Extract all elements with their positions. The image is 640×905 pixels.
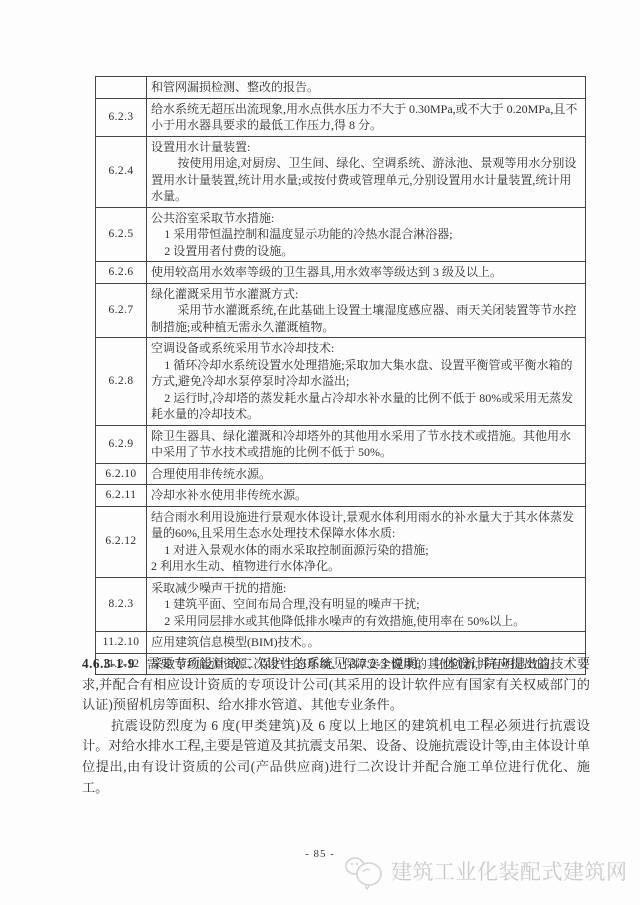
clause-cell: 除卫生器具、绿化灌溉和冷却塔外的其他用水采用了节水技术或措施。其他用水中采用了节…	[147, 425, 586, 463]
clause-text: 2 利用水生动、植物进行水体净化。	[151, 558, 581, 575]
note-paragraph: 4.6.3-1-9需要专项设计或二次设计的系统见 3.7.2-3 说明。主体设计…	[82, 654, 590, 716]
clause-text: 公共浴室采取节水措施:	[151, 210, 581, 227]
clause-text: 绿化灌溉采用节水灌溉方式:	[151, 286, 581, 303]
clause-number: 6.2.4	[96, 136, 147, 207]
note-text: 需要专项设计或二次设计的系统见 3.7.2-3 说明。主体设计院应提出的技术要求…	[82, 656, 590, 712]
clause-text: 除卫生器具、绿化灌溉和冷却塔外的其他用水采用了节水技术或措施。其他用水中采用了节…	[151, 428, 581, 461]
table-row: 6.2.10 合理使用非传统水源。	[96, 463, 586, 485]
clause-text: 1 采用带恒温控制和温度显示功能的冷热水混合淋浴器;	[151, 226, 581, 243]
clause-text: 采取减少噪声干扰的措施:	[151, 580, 581, 597]
clause-text: 空调设备或系统采用节水冷却技术:	[151, 340, 581, 357]
clause-cell: 合理使用非传统水源。	[147, 463, 586, 485]
table-row: 6.2.11 冷却水补水使用非传统水源。	[96, 485, 586, 507]
clause-number: 6.2.12	[96, 506, 147, 577]
clause-cell: 使用较高用水效率等级的卫生器具,用水效率等级达到 3 级及以上。	[147, 262, 586, 284]
clause-number: 6.2.11	[96, 485, 147, 507]
clause-number: 11.2.10	[96, 632, 147, 654]
table-row: 6.2.12 结合雨水利用设施进行景观水体设计,景观水体利用雨水的补水量大于其水…	[96, 506, 586, 577]
clause-text: 1 循环冷却水系统设置水处理措施;采取加大集水盘、设置平衡管或平衡水箱的方式,避…	[151, 357, 581, 390]
clause-cell: 空调设备或系统采用节水冷却技术: 1 循环冷却水系统设置水处理措施;采取加大集水…	[147, 338, 586, 426]
table-row: 6.2.5 公共浴室采取节水措施: 1 采用带恒温控制和温度显示功能的冷热水混合…	[96, 207, 586, 262]
clause-text: 设置用水计量装置:	[151, 139, 581, 156]
clause-text: 使用较高用水效率等级的卫生器具,用水效率等级达到 3 级及以上。	[151, 264, 581, 281]
clause-number: 6.2.3	[96, 98, 147, 136]
clause-cell: 绿化灌溉采用节水灌溉方式: 采用节水灌溉系统,在此基础上设置土壤湿度感应器、雨天…	[147, 283, 586, 338]
document-page: 和管网漏损检测、整改的报告。 6.2.3 给水系统无超压出流现象,用水点供水压力…	[0, 0, 640, 905]
clause-text: 2 运行时,冷却塔的蒸发耗水量占冷却水补水量的比例不低于 80%或采用无蒸发耗水…	[151, 390, 581, 423]
clause-text: 1 建筑平面、空间布局合理,没有明显的噪声干扰;	[151, 596, 581, 613]
clause-text: 按使用用途,对厨房、卫生间、绿化、空调系统、游泳池、景观等用水分别设置用水计量装…	[151, 155, 581, 205]
watermark: 建筑工业化装配式建筑网	[343, 852, 628, 890]
clause-number: 8.2.3	[96, 577, 147, 632]
clause-cell: 给水系统无超压出流现象,用水点供水压力不大于 0.30MPa,或不大于 0.20…	[147, 98, 586, 136]
table-row: 6.2.6 使用较高用水效率等级的卫生器具,用水效率等级达到 3 级及以上。	[96, 262, 586, 284]
clause-number: 6.2.8	[96, 338, 147, 426]
clause-number: 6.2.9	[96, 425, 147, 463]
watermark-logo-icon	[343, 852, 387, 890]
clause-number: 6.2.10	[96, 463, 147, 485]
note-paragraph: 抗震设防烈度为 6 度(甲类建筑)及 6 度以上地区的建筑机电工程必须进行抗震设…	[82, 716, 590, 798]
clause-text: 和管网漏损检测、整改的报告。	[151, 79, 581, 96]
table-row: 6.2.3 给水系统无超压出流现象,用水点供水压力不大于 0.30MPa,或不大…	[96, 98, 586, 136]
clause-cell: 结合雨水利用设施进行景观水体设计,景观水体利用雨水的补水量大于其水体蒸发量的60…	[147, 506, 586, 577]
clause-text: 冷却水补水使用非传统水源。	[151, 487, 581, 504]
clause-cell: 冷却水补水使用非传统水源。	[147, 485, 586, 507]
clause-text: 应用建筑信息模型(BIM)技术。。	[151, 634, 581, 651]
note-label: 4.6.3-1-9	[82, 656, 147, 671]
clause-number: 6.2.7	[96, 283, 147, 338]
watermark-text: 建筑工业化装配式建筑网	[391, 856, 628, 886]
clause-cell: 设置用水计量装置: 按使用用途,对厨房、卫生间、绿化、空调系统、游泳池、景观等用…	[147, 136, 586, 207]
table-row: 和管网漏损检测、整改的报告。	[96, 77, 586, 99]
clause-cell: 和管网漏损检测、整改的报告。	[147, 77, 586, 99]
clause-text: 2 设置用者付费的设施。	[151, 243, 581, 260]
clause-cell: 应用建筑信息模型(BIM)技术。。	[147, 632, 586, 654]
table-row: 11.2.10 应用建筑信息模型(BIM)技术。。	[96, 632, 586, 654]
table-row: 8.2.3 采取减少噪声干扰的措施: 1 建筑平面、空间布局合理,没有明显的噪声…	[96, 577, 586, 632]
clause-cell: 采取减少噪声干扰的措施: 1 建筑平面、空间布局合理,没有明显的噪声干扰; 2 …	[147, 577, 586, 632]
table-row: 6.2.9 除卫生器具、绿化灌溉和冷却塔外的其他用水采用了节水技术或措施。其他用…	[96, 425, 586, 463]
clause-text: 采用节水灌溉系统,在此基础上设置土壤湿度感应器、雨天关闭装置等节水控制措施;或种…	[151, 302, 581, 335]
table-row: 6.2.4 设置用水计量装置: 按使用用途,对厨房、卫生间、绿化、空调系统、游泳…	[96, 136, 586, 207]
clause-number: 6.2.6	[96, 262, 147, 284]
clause-text: 合理使用非传统水源。	[151, 466, 581, 483]
clause-text: 2 采用同层排水或其他降低排水噪声的有效措施,使用率在 50%以上。	[151, 613, 581, 630]
clause-number: 6.2.5	[96, 207, 147, 262]
clause-cell: 公共浴室采取节水措施: 1 采用带恒温控制和温度显示功能的冷热水混合淋浴器; 2…	[147, 207, 586, 262]
clause-table: 和管网漏损检测、整改的报告。 6.2.3 给水系统无超压出流现象,用水点供水压力…	[95, 76, 586, 675]
clause-number	[96, 77, 147, 99]
table-row: 6.2.7 绿化灌溉采用节水灌溉方式: 采用节水灌溉系统,在此基础上设置土壤湿度…	[96, 283, 586, 338]
clause-text: 1 对进入景观水体的雨水采取控制面源污染的措施;	[151, 542, 581, 559]
notes-section: 4.6.3-1-9需要专项设计或二次设计的系统见 3.7.2-3 说明。主体设计…	[82, 654, 590, 798]
clause-text: 给水系统无超压出流现象,用水点供水压力不大于 0.30MPa,或不大于 0.20…	[151, 101, 581, 134]
table-row: 6.2.8 空调设备或系统采用节水冷却技术: 1 循环冷却水系统设置水处理措施;…	[96, 338, 586, 426]
clause-text: 结合雨水利用设施进行景观水体设计,景观水体利用雨水的补水量大于其水体蒸发量的60…	[151, 509, 581, 542]
